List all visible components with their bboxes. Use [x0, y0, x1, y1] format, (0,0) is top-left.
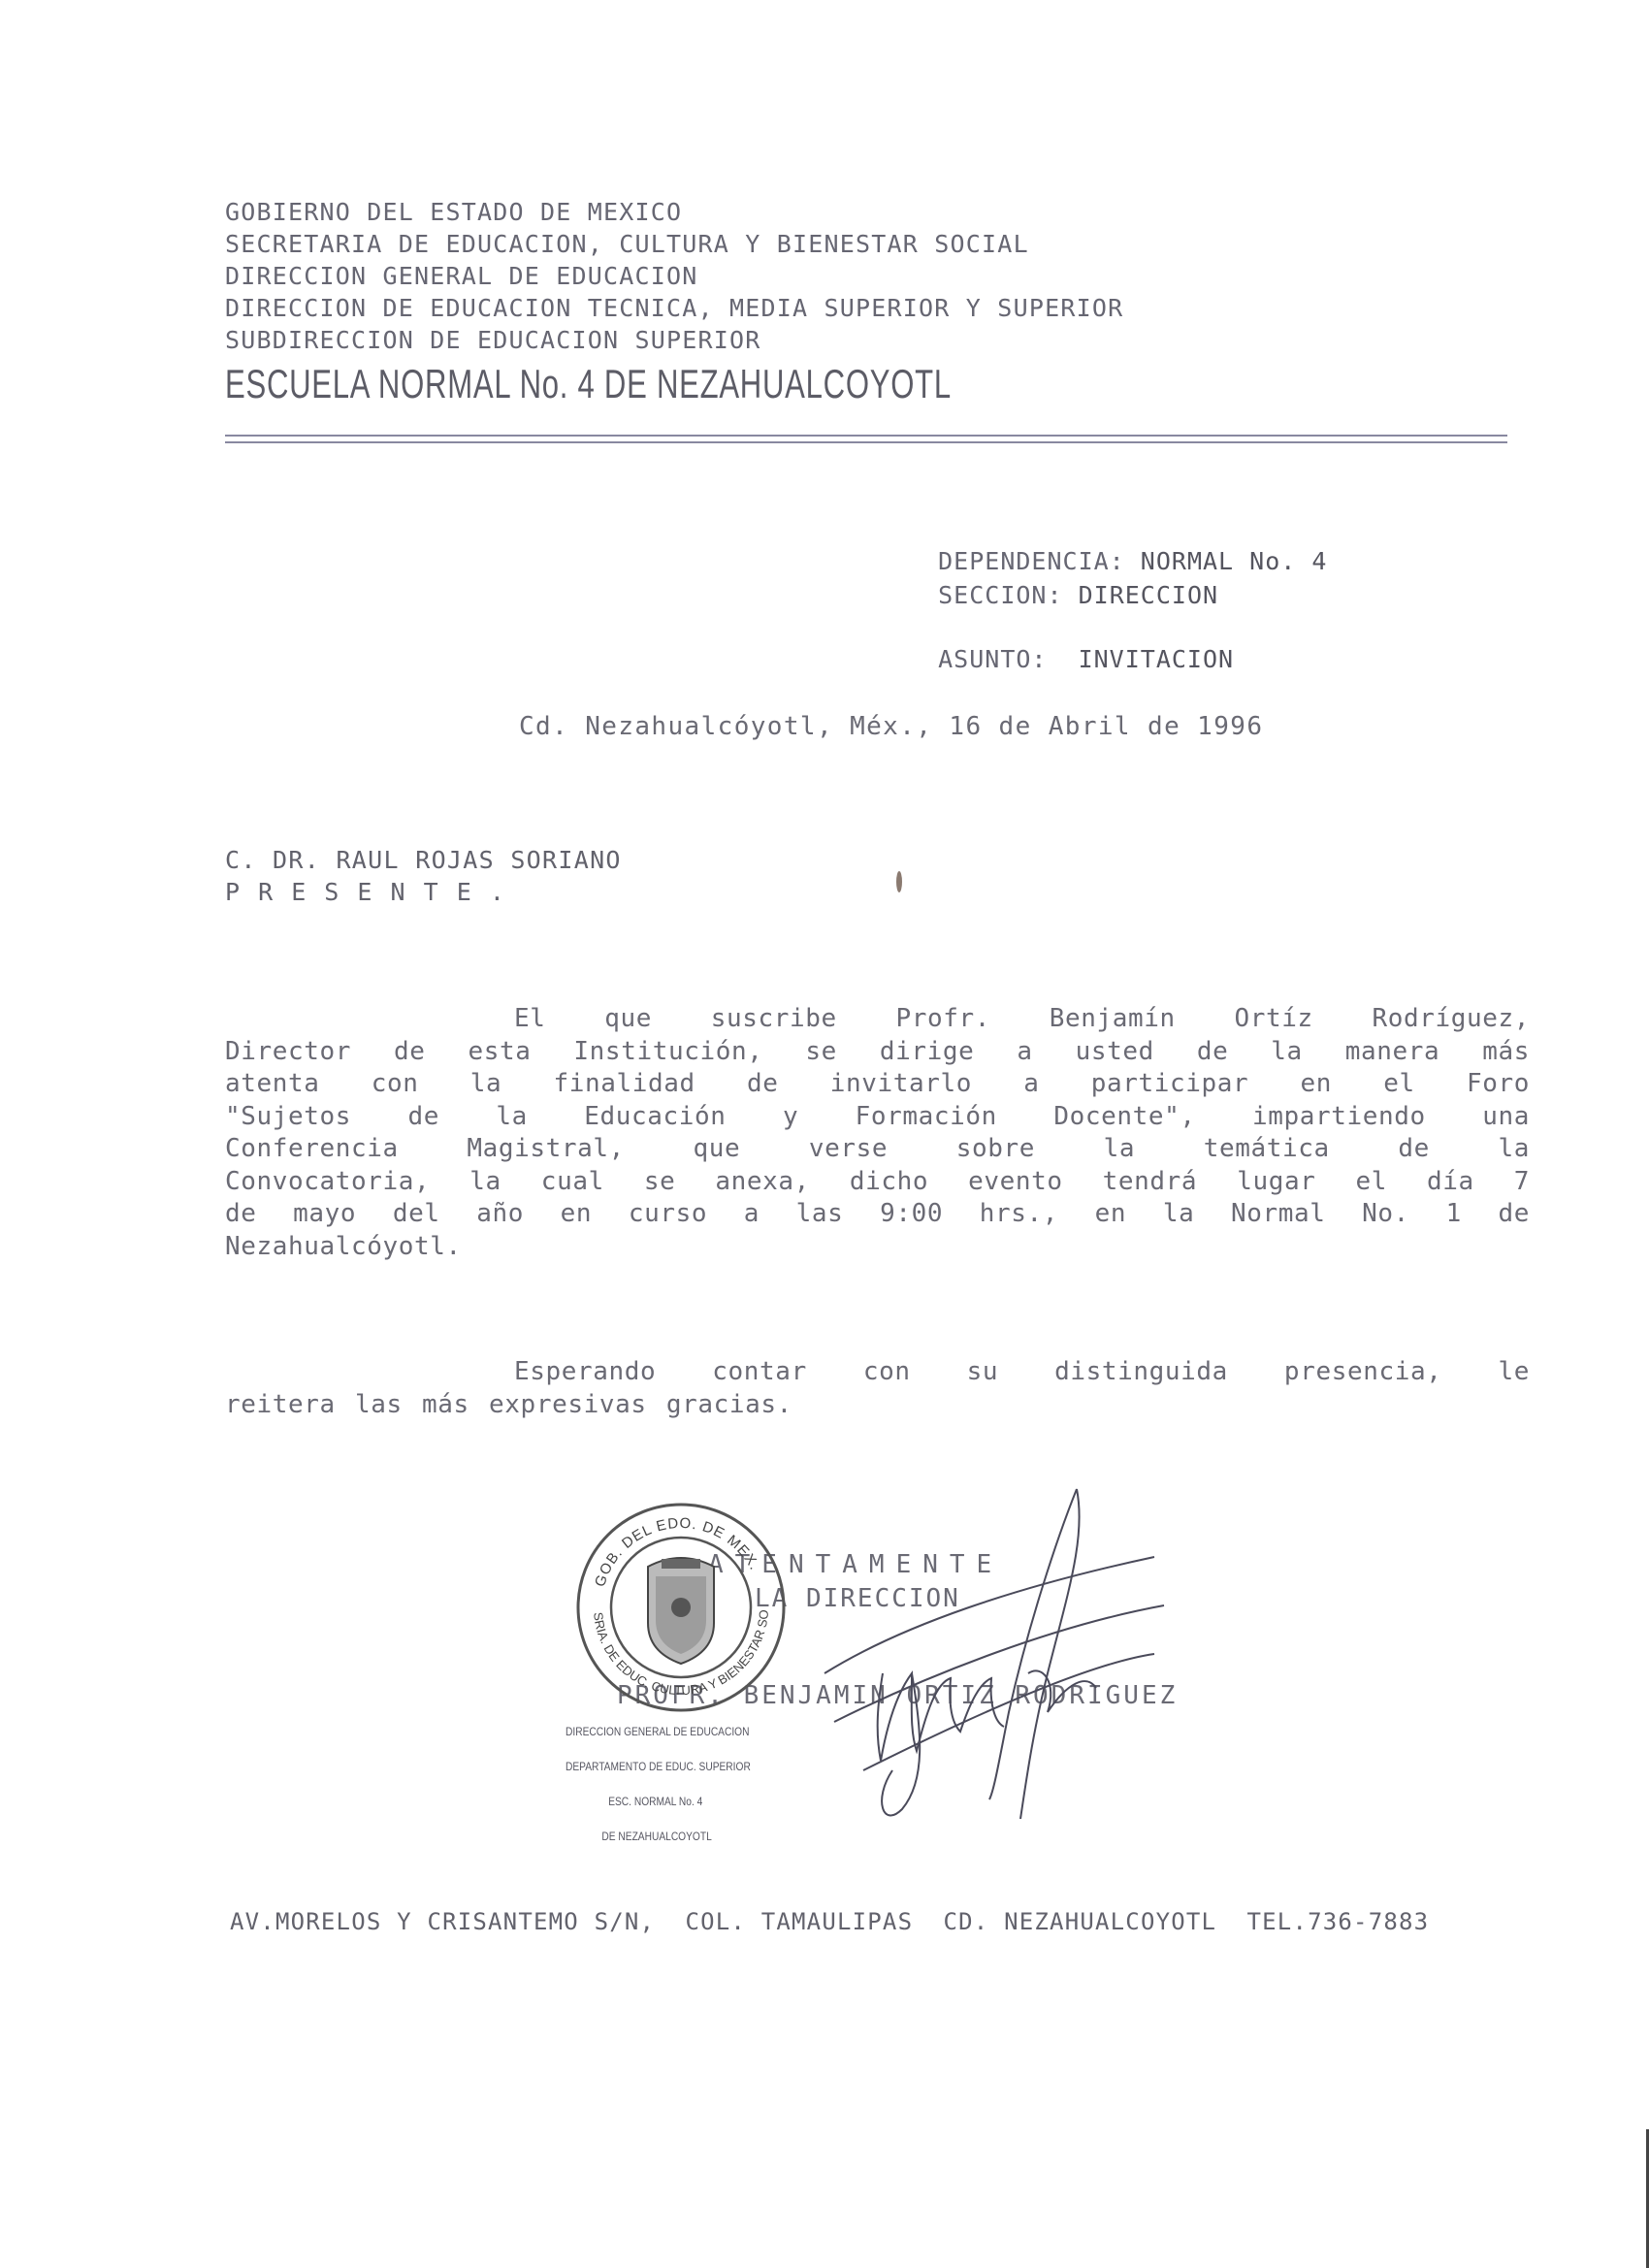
- paragraph-1-line: Nezahualcóyotl.: [225, 1231, 1530, 1264]
- paragraph-1-line: "Sujetos de la Educación y Formación Doc…: [225, 1101, 1530, 1134]
- asunto-row: ASUNTO: INVITACION: [907, 617, 1234, 673]
- asunto-value: INVITACION: [1079, 645, 1235, 673]
- letterhead-line-subdirection: SUBDIRECCION DE EDUCACION SUPERIOR: [225, 326, 761, 354]
- letterhead-line-technical-direction: DIRECCION DE EDUCACION TECNICA, MEDIA SU…: [225, 294, 1123, 322]
- seccion-row: SECCION: DIRECCION: [907, 553, 1218, 609]
- footer-address: AV.MORELOS Y CRISANTEMO S/N, COL. TAMAUL…: [230, 1908, 1429, 1935]
- letterhead-line-government: GOBIERNO DEL ESTADO DE MEXICO: [225, 198, 682, 226]
- asunto-label: ASUNTO:: [938, 645, 1047, 673]
- scan-speck: [896, 871, 902, 892]
- seccion-label: SECCION:: [938, 581, 1062, 609]
- letterhead-line-secretariat: SECRETARIA DE EDUCACION, CULTURA Y BIENE…: [225, 230, 1029, 258]
- letterhead-line-general-direction: DIRECCION GENERAL DE EDUCACION: [225, 262, 698, 290]
- seal-emblem-icon: GOB. DEL EDO. DE MEX. SRIA. DE EDUC. CUL…: [572, 1499, 791, 1717]
- paragraph-1-line: El que suscribe Profr. Benjamín Ortíz Ro…: [225, 1003, 1530, 1036]
- paragraph-1-line: de mayo del año en curso a las 9:00 hrs.…: [225, 1198, 1530, 1231]
- handwritten-signature: [766, 1479, 1174, 1832]
- seccion-value: DIRECCION: [1079, 581, 1218, 609]
- paragraph-1-line: atenta con la finalidad de invitarlo a p…: [225, 1068, 1530, 1101]
- paragraph-2-line: reitera las más expresivas gracias.: [225, 1389, 1530, 1422]
- signature-icon: [766, 1479, 1174, 1829]
- body-paragraph-1: El que suscribe Profr. Benjamín Ortíz Ro…: [225, 1003, 1530, 1263]
- date-line: Cd. Nezahualcóyotl, Méx., 16 de Abril de…: [519, 712, 1263, 741]
- seal-department-block: DIRECCION GENERAL DE EDUCACION DEPARTAME…: [566, 1702, 751, 1854]
- body-paragraph-2: Esperando contar con su distinguida pres…: [225, 1356, 1530, 1421]
- paragraph-1-line: Director de esta Institución, se dirige …: [225, 1036, 1530, 1069]
- addressee-name: C. DR. RAUL ROJAS SORIANO: [225, 846, 622, 874]
- official-seal: GOB. DEL EDO. DE MEX. SRIA. DE EDUC. CUL…: [572, 1499, 791, 1721]
- paragraph-1-line: Convocatoria, la cual se anexa, dicho ev…: [225, 1166, 1530, 1199]
- school-name: ESCUELA NORMAL No. 4 DE NEZAHUALCOYOTL: [225, 361, 952, 407]
- addressee-salutation: P R E S E N T E .: [225, 878, 506, 906]
- paragraph-2-line: Esperando contar con su distinguida pres…: [225, 1356, 1530, 1389]
- letterhead-divider-top: [225, 435, 1507, 437]
- paragraph-1-line: Conferencia Magistral, que verse sobre l…: [225, 1133, 1530, 1166]
- letterhead-divider-bottom: [225, 441, 1507, 443]
